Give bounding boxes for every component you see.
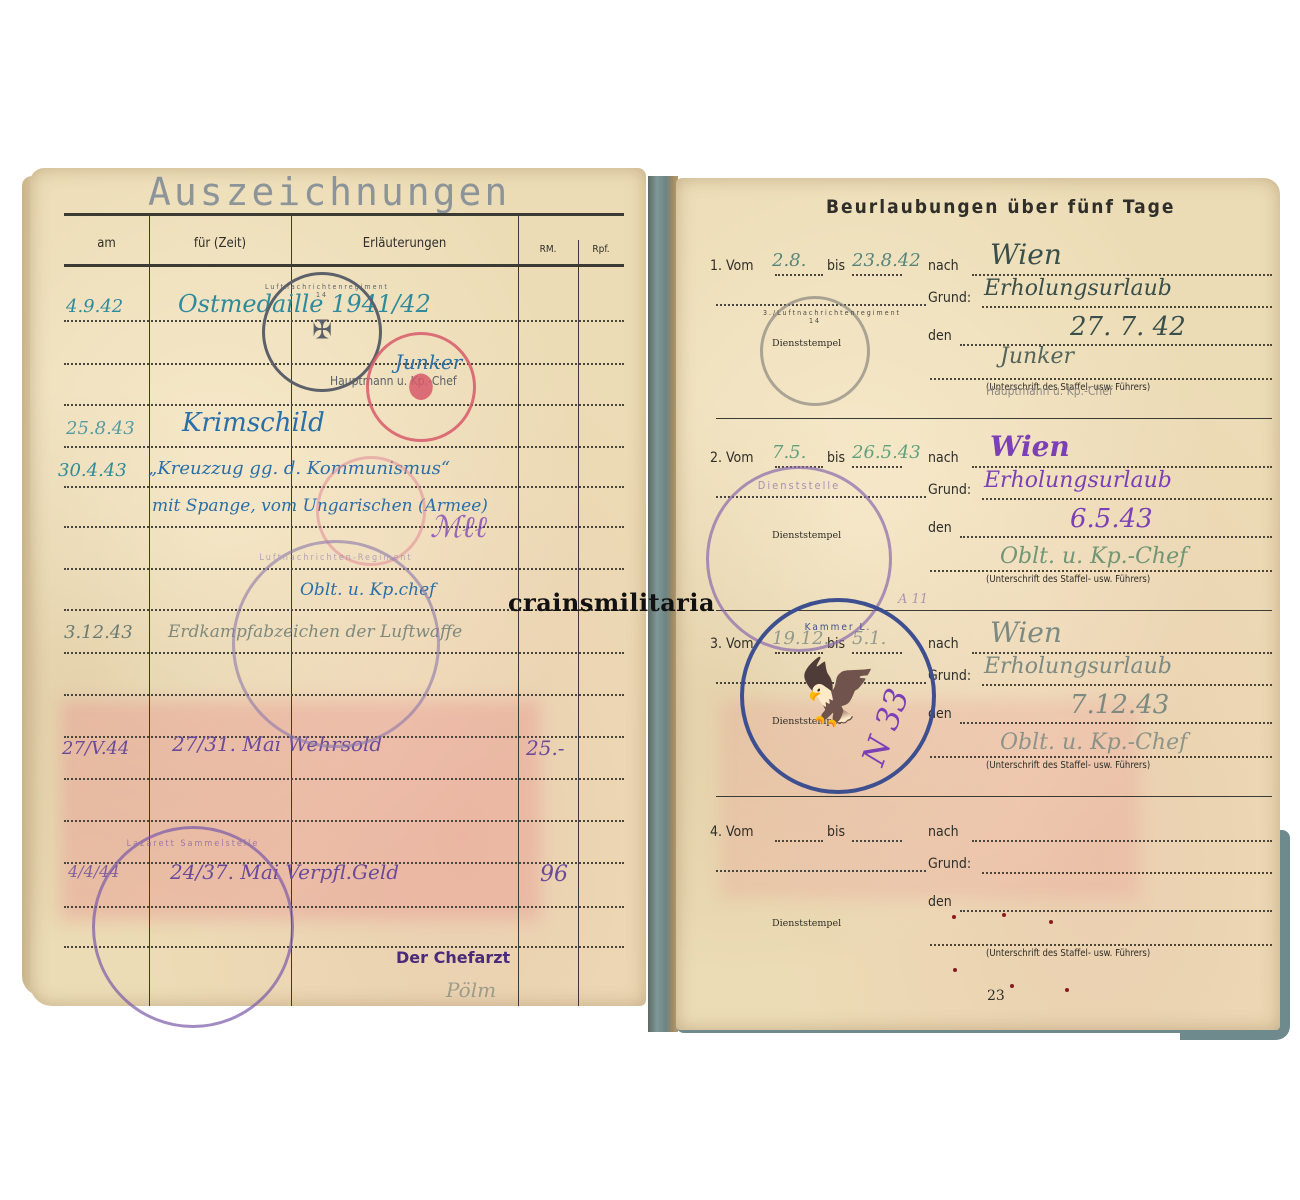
bis-field[interactable] bbox=[852, 466, 902, 468]
signature-field[interactable] bbox=[930, 944, 1272, 946]
vom-field[interactable] bbox=[775, 840, 823, 842]
entry-amount: 96 bbox=[540, 862, 568, 887]
entry-grund-label: Grund: bbox=[928, 856, 971, 872]
entry-den-label: den bbox=[928, 328, 952, 344]
vom-value: 2.8. bbox=[772, 250, 806, 271]
den-field[interactable] bbox=[960, 536, 1272, 538]
page-number: 23 bbox=[987, 988, 1005, 1004]
entry-vom-label: 4. Vom bbox=[710, 824, 754, 840]
grund-field[interactable] bbox=[982, 684, 1272, 686]
bis-value: 26.5.43 bbox=[852, 442, 921, 463]
signature-field[interactable] bbox=[930, 756, 1272, 758]
nach-value: Wien bbox=[990, 616, 1062, 649]
column-header-rm: RM. bbox=[518, 244, 578, 255]
signature-caption: (Unterschrift des Staffel- usw. Führers) bbox=[986, 948, 1150, 959]
grund-field[interactable] bbox=[982, 498, 1272, 500]
block-stamp: Der Chefarzt bbox=[396, 948, 510, 967]
nach-value: Wien bbox=[990, 430, 1070, 463]
grund-value: Erholungsurlaub bbox=[984, 654, 1172, 679]
table-top-rule bbox=[64, 213, 624, 216]
entry-nach-label: nach bbox=[928, 450, 959, 466]
blank-line[interactable] bbox=[716, 870, 926, 872]
nach-field[interactable] bbox=[972, 840, 1272, 842]
den-field[interactable] bbox=[960, 910, 1272, 912]
ruled-line bbox=[64, 820, 624, 822]
ruled-line bbox=[64, 446, 624, 448]
den-value: 27. 7. 42 bbox=[1070, 312, 1186, 342]
column-header-am: am bbox=[64, 236, 149, 251]
vom-field[interactable] bbox=[775, 274, 823, 276]
nach-value: Wien bbox=[990, 238, 1062, 271]
den-value: 6.5.43 bbox=[1070, 504, 1153, 534]
grund-field[interactable] bbox=[982, 872, 1272, 874]
entry-bis-label: bis bbox=[827, 450, 845, 466]
ruled-line bbox=[64, 404, 624, 406]
bis-field[interactable] bbox=[852, 840, 902, 842]
ruled-line bbox=[64, 778, 624, 780]
entry-separator bbox=[716, 796, 1272, 797]
entry-text: Krimschild bbox=[182, 408, 325, 438]
entry-vom-label: 3. Vom bbox=[710, 636, 754, 652]
column-header-rpf: Rpf. bbox=[578, 244, 624, 255]
column-header-fuer-zeit: für (Zeit) bbox=[149, 236, 291, 251]
entry-vom-label: 1. Vom bbox=[710, 258, 754, 274]
header-bottom-rule bbox=[64, 264, 624, 267]
signature-value: Junker bbox=[1000, 344, 1074, 369]
entry-nach-label: nach bbox=[928, 636, 959, 652]
entry-den-label: den bbox=[928, 894, 952, 910]
soldbuch-spread: Auszeichnungen am für (Zeit) Erläuterung… bbox=[0, 0, 1300, 1200]
signature-value: Oblt. u. Kp.-Chef bbox=[1000, 544, 1187, 569]
entry-date: 27/V.44 bbox=[62, 738, 129, 759]
page-title: Beurlaubungen über fünf Tage bbox=[826, 196, 1175, 218]
entry-date: 4.9.42 bbox=[66, 296, 123, 317]
grund-value: Erholungsurlaub bbox=[984, 276, 1172, 301]
stamp-caption: Hauptmann u. Kp.-Chef bbox=[986, 384, 1113, 398]
entry-nach-label: nach bbox=[928, 824, 959, 840]
footer-signature: Pölm bbox=[446, 978, 496, 1002]
entry-grund-label: Grund: bbox=[928, 482, 971, 498]
entry-grund-label: Grund: bbox=[928, 290, 971, 306]
den-value: 7.12.43 bbox=[1070, 690, 1169, 720]
den-field[interactable] bbox=[960, 722, 1272, 724]
entry-nach-label: nach bbox=[928, 258, 959, 274]
entry-den-label: den bbox=[928, 520, 952, 536]
bis-value: 23.8.42 bbox=[852, 250, 921, 271]
signature-field[interactable] bbox=[930, 570, 1272, 572]
signature-caption: (Unterschrift des Staffel- usw. Führers) bbox=[986, 574, 1150, 585]
entry-date: 30.4.43 bbox=[58, 460, 127, 481]
stamp-mark: A 11 bbox=[898, 592, 928, 607]
entry-bis-label: bis bbox=[827, 258, 845, 274]
column-divider bbox=[578, 240, 579, 1006]
column-header-erlaeuterungen: Erläuterungen bbox=[291, 236, 518, 251]
eagle-emblem-icon: ⬤ bbox=[408, 371, 434, 401]
red-unit-stamp: ⬤ bbox=[366, 332, 476, 442]
stamped-heading: Auszeichnungen bbox=[148, 170, 510, 214]
signature-value: Oblt. u. Kp.-Chef bbox=[1000, 730, 1187, 755]
bis-field[interactable] bbox=[852, 274, 902, 276]
grund-field[interactable] bbox=[982, 306, 1272, 308]
signature-field[interactable] bbox=[930, 378, 1272, 380]
entry-bis-label: bis bbox=[827, 824, 845, 840]
entry-separator bbox=[716, 418, 1272, 419]
entry-date: 25.8.43 bbox=[66, 418, 135, 439]
entry-amount: 25.- bbox=[526, 736, 565, 760]
bottom-stamp: Lazarett Sammelstelle bbox=[92, 826, 294, 1028]
eagle-emblem-icon: ✠ bbox=[312, 316, 332, 346]
unit-stamp: 3./Luftnachrichtenregiment 14 bbox=[760, 296, 870, 406]
signature-caption: (Unterschrift des Staffel- usw. Führers) bbox=[986, 760, 1150, 771]
grund-value: Erholungsurlaub bbox=[984, 468, 1172, 493]
watermark: crainsmilitaria bbox=[508, 588, 715, 617]
scrawled-signature: ℳℓℓ bbox=[430, 510, 487, 545]
stamp-caption: Dienststempel bbox=[772, 918, 841, 929]
entry-vom-label: 2. Vom bbox=[710, 450, 754, 466]
eagle-emblem-icon: 🦅 bbox=[798, 655, 878, 730]
entry-date: 3.12.43 bbox=[64, 622, 133, 643]
lower-stamp: Luftnachrichten-Regiment bbox=[232, 540, 440, 748]
vom-value: 7.5. bbox=[772, 442, 806, 463]
